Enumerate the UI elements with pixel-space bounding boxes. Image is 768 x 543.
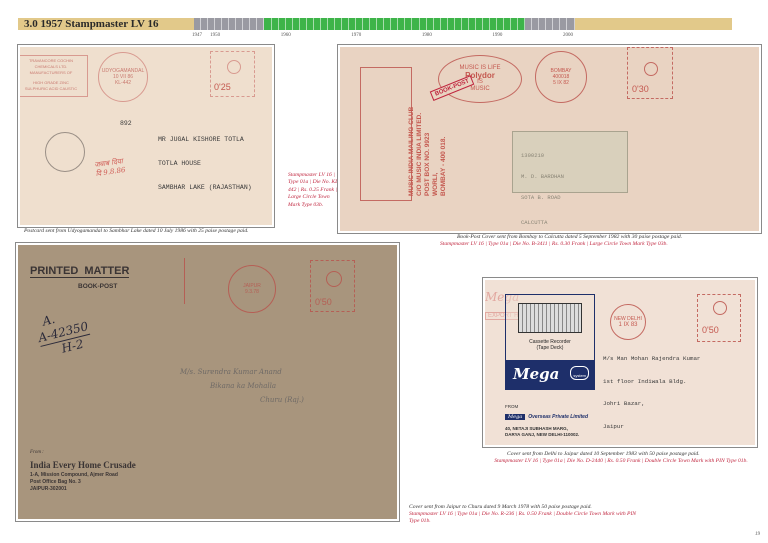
timeline-year-block	[363, 18, 370, 30]
address-line: MR JUGAL KISHORE TOTLA	[158, 136, 252, 144]
timeline-year-block	[539, 18, 546, 30]
timeline-year-block	[384, 18, 391, 30]
postmark-date: 9.3.78	[245, 289, 259, 295]
timeline-year-block	[476, 18, 483, 30]
recipient-address: 1300210 M. D. BARDHAN SOTA B. ROAD CALCU…	[521, 138, 564, 231]
sender-box: TRAVANCORE COCHIN CHEMICALS LTD. MANUFAC…	[20, 55, 88, 97]
recipient-address: M/s Man Mohan Rajendra Kumar 1st floor I…	[603, 340, 700, 445]
timeline-year-block	[448, 18, 455, 30]
sender-line: C/O MUSIC INDIA LIMITED.	[416, 107, 424, 196]
timeline-year-block	[222, 18, 229, 30]
timeline-year-block	[328, 18, 335, 30]
sender-line: JAIPUR-302001	[30, 486, 118, 493]
sender-line: WORLI,	[432, 107, 440, 196]
timeline-year-block	[504, 18, 511, 30]
timeline-year-block	[420, 18, 427, 30]
timeline-year-block	[201, 18, 208, 30]
timeline-year-block	[497, 18, 504, 30]
sender-name: Overseas Private Limited	[528, 414, 588, 420]
postmark-date: 5 IX 82	[553, 80, 569, 86]
slogan-line: IS	[477, 79, 483, 86]
address-line: Bikana ka Mohalla	[210, 379, 304, 393]
timeline-year-block	[215, 18, 222, 30]
address-line: TOTLA HOUSE	[158, 160, 252, 168]
frank-value: 0'25	[214, 82, 231, 92]
brand-badge: system	[570, 366, 589, 380]
slogan-line: MUSIC	[470, 86, 489, 93]
address-line: Churu (Raj.)	[260, 393, 304, 407]
timeline-year-block	[483, 18, 490, 30]
timeline-year-block	[194, 18, 201, 30]
town-postmark: BOMBAY 400018 5 IX 82	[535, 51, 587, 103]
timeline-tick-label: 1970	[351, 33, 361, 38]
from-label: FROM	[505, 404, 518, 409]
address-line: Jaipur	[603, 423, 700, 431]
timeline-year-block	[356, 18, 363, 30]
town-postmark: NEW DELHI 1 IX 83	[610, 304, 646, 340]
timeline-year-block	[377, 18, 384, 30]
timeline-year-block	[546, 18, 553, 30]
timeline-year-block	[321, 18, 328, 30]
timeline-year-block	[264, 18, 271, 30]
sender-line: Post Office Bag No. 3	[30, 479, 118, 486]
sender-line: DARYA GANJ, NEW DELHI-110002.	[505, 432, 579, 438]
sender-box: MUSIC INDIA MAILING CLUB C/O MUSIC INDIA…	[360, 67, 412, 201]
timeline-tick-label: 1960	[281, 33, 291, 38]
handwritten-address: M/s. Surendra Kumar Anand Bikana ka Moha…	[180, 365, 304, 407]
timeline-year-block	[342, 18, 349, 30]
franking-meter: 0'50	[697, 294, 741, 342]
postcard-caption: Postcard sent from Udyogamandal to Sambh…	[24, 228, 249, 235]
timeline-tick-label: 2000	[563, 33, 573, 38]
frank-value: 0'50	[702, 325, 719, 335]
from-label: From :	[30, 450, 44, 455]
timeline-year-block	[279, 18, 286, 30]
franking-meter: 0'25	[210, 51, 255, 97]
sender-block-rotated: MUSIC INDIA MAILING CLUB C/O MUSIC INDIA…	[408, 107, 448, 196]
timeline-year-block	[441, 18, 448, 30]
address-line: M. D. BARDHAN	[521, 173, 564, 180]
sender-name-row: Mega Overseas Private Limited	[505, 414, 588, 420]
timeline-year-block	[243, 18, 250, 30]
emblem-icon	[644, 62, 658, 76]
address-ref: 892	[120, 120, 132, 127]
address-label: 1300210 M. D. BARDHAN SOTA B. ROAD CALCU…	[512, 131, 628, 193]
product-line: (Tape Deck)	[506, 345, 594, 351]
timeline-year-block	[286, 18, 293, 30]
timeline-year-block	[229, 18, 236, 30]
mega-detail-caption: Stampmaster LV 16 | Type 01a | Die No. D…	[487, 458, 755, 465]
sender-line: POST BOX NO. 9923	[424, 107, 432, 196]
timeline-tick-label: 1980	[422, 33, 432, 38]
timeline-tick-label: 1950	[210, 33, 220, 38]
timeline-year-block	[434, 18, 441, 30]
sender-line: SULPHURIC ACID CAUSTIC	[20, 86, 85, 92]
timeline-year-block	[236, 18, 243, 30]
timeline-year-block	[490, 18, 497, 30]
page-title: 3.0 1957 Stampmaster LV 16	[24, 17, 159, 31]
timeline-year-block	[405, 18, 412, 30]
slogan-oval: MUSIC IS LIFE Polydor IS MUSIC	[438, 55, 522, 103]
timeline-year-block	[462, 18, 469, 30]
address-line: SAMBHAR LAKE (RAJASTHAN)	[158, 184, 252, 192]
address-line: M/s Man Mohan Rajendra Kumar	[603, 355, 700, 363]
printed-matter-detail-caption: Stampmaster LV 16 | Type 01a | Die No. R…	[409, 511, 639, 525]
mega-cover-image: Mega EXPORT HOUSE Cassette Recorder (Tap…	[485, 280, 755, 445]
timeline-year-block	[455, 18, 462, 30]
timeline-year-block	[293, 18, 300, 30]
address-line: M/s. Surendra Kumar Anand	[180, 365, 304, 379]
timeline-year-block	[567, 18, 574, 30]
sender-line: MANUFACTURERS OF	[20, 70, 85, 76]
address-line: 1300210	[521, 152, 564, 159]
timeline-year-block	[257, 18, 264, 30]
address-line: CALCUTTA	[521, 219, 564, 226]
address-line: SOTA B. ROAD	[521, 194, 564, 201]
emblem-icon	[713, 301, 727, 315]
bookpost-detail-caption: Stampmaster LV 16 | Type 01a | Die No. B…	[440, 241, 668, 248]
sender-line: BOMBAY - 400 018.	[440, 107, 448, 196]
recipient-address: MR JUGAL KISHORE TOTLA TOTLA HOUSE SAMBH…	[158, 120, 252, 208]
sender-name: India Every Home Crusade	[30, 460, 136, 470]
frank-value: 0'50	[315, 297, 332, 307]
year-timeline	[194, 18, 575, 30]
timeline-year-block	[208, 18, 215, 30]
page-number: 19	[755, 532, 760, 537]
mega-caption: Cover sent from Delhi to Jaipur dated 10…	[507, 451, 700, 458]
timeline-year-block	[307, 18, 314, 30]
tape-deck-illustration	[518, 303, 582, 333]
handwritten-note: जवाब दिया दि 9.8.86	[94, 157, 126, 179]
sender-line: MUSIC INDIA MAILING CLUB	[408, 107, 416, 196]
timeline-year-block	[553, 18, 560, 30]
handwritten-reference: A. A-42350 H-2	[33, 305, 94, 362]
franking-meter: 0'30	[627, 47, 673, 99]
town-postmark: JAIPUR 9.3.78	[228, 265, 276, 313]
timeline-year-block	[335, 18, 342, 30]
timeline-year-block	[518, 18, 525, 30]
printed-matter-heading: PRINTED MATTER	[30, 265, 129, 278]
timeline-year-block	[511, 18, 518, 30]
bookpost-cover-image: MUSIC INDIA MAILING CLUB C/O MUSIC INDIA…	[340, 47, 759, 231]
franking-meter: 0'50	[310, 260, 355, 312]
address-line: Johri Bazar,	[603, 400, 700, 408]
timeline-year-block	[427, 18, 434, 30]
timeline-tick-label: 1990	[492, 33, 502, 38]
advert-box: Cassette Recorder (Tape Deck) Mega syste…	[505, 294, 595, 390]
emblem-icon	[326, 271, 342, 287]
frank-value: 0'30	[632, 84, 649, 94]
bookpost-caption: Book-Post Cover sent from Bombay to Calc…	[457, 234, 682, 241]
sender-address: 1-A, Mission Compound, Ajmer Road Post O…	[30, 472, 118, 493]
timeline-year-block	[250, 18, 257, 30]
timeline-year-block	[349, 18, 356, 30]
town-postmark: UDYOGAMANDAL 10 VII 86 KL-442	[98, 52, 148, 102]
postmark-die: KL-442	[115, 80, 131, 86]
sender-brand-tag: Mega	[505, 414, 525, 420]
brand-logo: Mega	[513, 365, 559, 383]
emblem-icon	[227, 60, 241, 74]
timeline-year-block	[398, 18, 405, 30]
timeline-year-block	[272, 18, 279, 30]
timeline-year-block	[532, 18, 539, 30]
brand-banner: Mega system	[505, 360, 595, 390]
product-label: Cassette Recorder (Tape Deck)	[506, 339, 594, 351]
printed-matter-cover-image: PRINTED MATTER BOOK-POST JAIPUR 9.3.78 0…	[18, 245, 397, 519]
address-line: 1st floor Indiwala Bldg.	[603, 378, 700, 386]
printed-matter-caption: Cover sent from Jaipur to Churu dated 9 …	[409, 504, 592, 511]
timeline-year-block	[391, 18, 398, 30]
timeline-year-block	[370, 18, 377, 30]
postmark-date: 1 IX 83	[618, 322, 637, 328]
timeline-year-block	[314, 18, 321, 30]
postcard-image: TRAVANCORE COCHIN CHEMICALS LTD. MANUFAC…	[20, 47, 272, 225]
postcard-detail-caption: Stampmaster LV 16 | Type 01a | Die No. K…	[288, 172, 342, 209]
timeline-year-block	[469, 18, 476, 30]
sender-line: TRAVANCORE COCHIN CHEMICALS LTD.	[20, 58, 85, 70]
timeline-year-block	[560, 18, 567, 30]
sender-address: 40, NETAJI SUBHASH MARG, DARYA GANJ, NEW…	[505, 426, 579, 438]
timeline-year-block	[300, 18, 307, 30]
receiving-postmark	[45, 132, 85, 172]
sender-line: 1-A, Mission Compound, Ajmer Road	[30, 472, 118, 479]
timeline-tick-label: 1947	[192, 33, 202, 38]
timeline-year-block	[412, 18, 419, 30]
red-stamp-edge	[163, 258, 185, 304]
bookpost-subheading: BOOK-POST	[78, 283, 117, 290]
timeline-year-block	[525, 18, 532, 30]
